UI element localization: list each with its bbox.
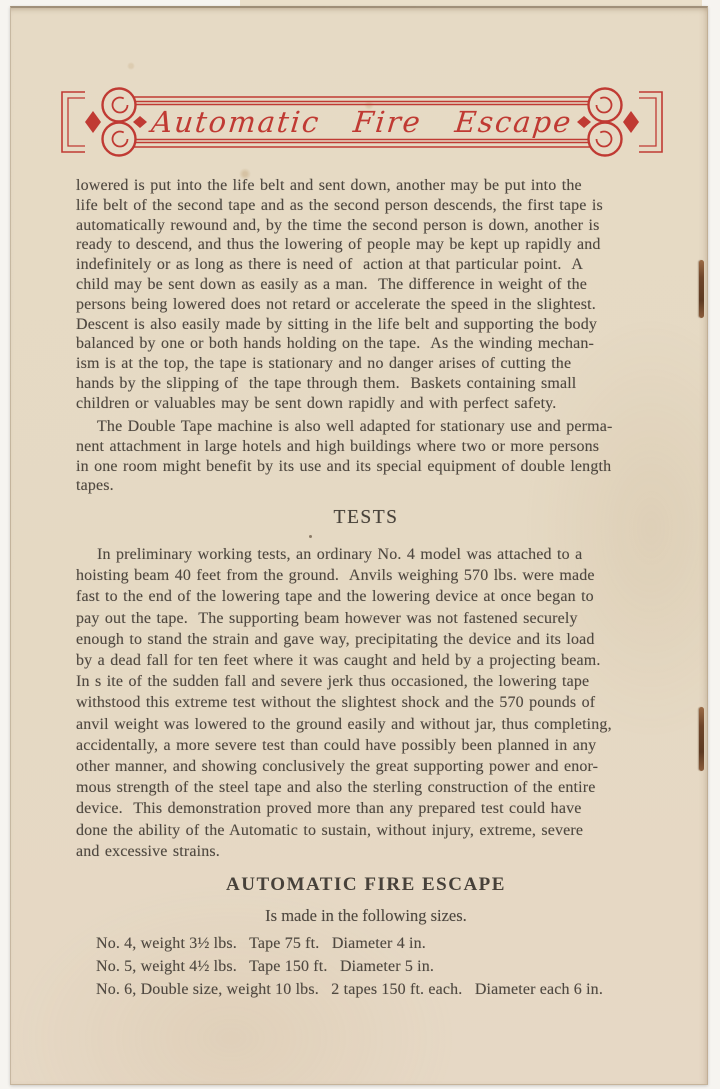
tests-heading: TESTS (51, 507, 681, 529)
scanned-pamphlet: Automatic Fire Escape lowered is put int… (0, 0, 720, 1089)
title-banner: Automatic Fire Escape (59, 84, 665, 160)
right-scroll-ornament-icon (577, 89, 662, 156)
staple-bottom (699, 707, 704, 771)
ink-speck (309, 535, 312, 538)
product-subheading: Is made in the following sizes. (51, 906, 681, 926)
product-heading: AUTOMATIC FIRE ESCAPE (51, 874, 681, 896)
sizes-list: No. 4, weight 3½ lbs. Tape 75 ft. Diamet… (96, 932, 696, 1001)
paragraph-double-tape: The Double Tape machine is also well ada… (76, 417, 696, 496)
staple-top (699, 260, 704, 318)
left-scroll-ornament-icon (62, 89, 147, 156)
paragraph-lowering-description: lowered is put into the life belt and se… (76, 176, 696, 414)
pamphlet-page: Automatic Fire Escape lowered is put int… (10, 6, 708, 1085)
banner-title: Automatic Fire Escape (147, 100, 578, 144)
paragraph-tests: In preliminary working tests, an ordinar… (76, 544, 696, 862)
